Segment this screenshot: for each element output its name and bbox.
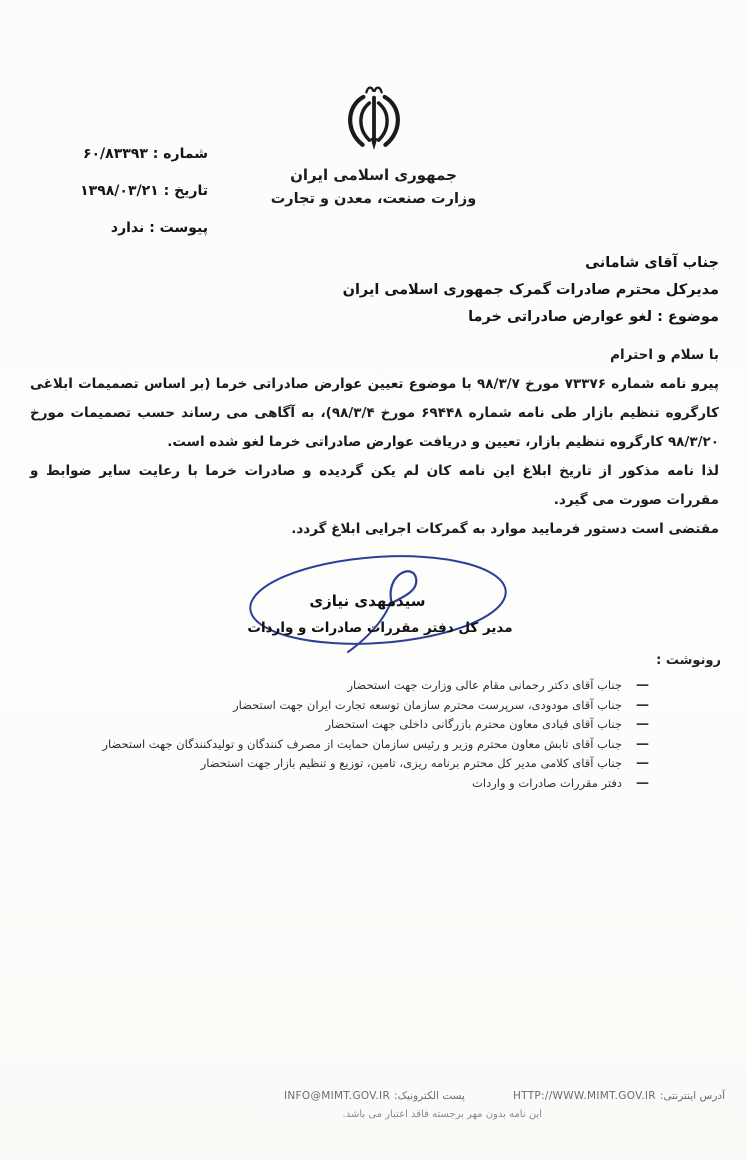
signature-block: سیدمهدی نیازی مدیر کل دفتر مقررات صادرات… [240,548,520,663]
signer-name: سیدمهدی نیازی [240,592,495,610]
cc-item: — جناب آقای کلامی مدیر کل محترم برنامه ر… [20,754,649,774]
cc-item-text: جناب آقای دکتر رحمانی مقام عالی وزارت جه… [347,676,622,696]
cc-item: — جناب آقای دکتر رحمانی مقام عالی وزارت … [20,676,649,696]
footer-web-url: HTTP://WWW.MIMT.GOV.IR [513,1090,656,1102]
body-paragraph-3: مقتضی است دستور فرمایید موارد به گمرکات … [30,515,719,544]
recipient-title: مدیرکل محترم صادرات گمرک جمهوری اسلامی ا… [28,277,719,304]
dash-icon: — [636,754,649,774]
dash-icon: — [636,676,649,696]
dash-icon: — [636,696,649,716]
letter-attachment-label: پیوست : [149,220,208,236]
cc-item: — جناب آقای قبادی معاون محترم بازرگانی د… [20,715,649,735]
dash-icon: — [636,774,649,794]
letter-number-value: ۶۰/۸۳۳۹۳ [83,146,148,162]
iran-emblem-icon [334,84,414,164]
cc-list: — جناب آقای دکتر رحمانی مقام عالی وزارت … [20,676,649,793]
letter-date: تاریخ : ۱۳۹۸/۰۳/۲۱ [52,173,208,210]
letter-subject: موضوع : لغو عوارض صادراتی خرما [28,304,719,331]
letter-attachment: پیوست : ندارد [52,210,208,247]
letter-number-label: شماره : [153,146,208,162]
salutation: با سلام و احترام [30,341,719,370]
footer-contact-line: آدرس اینترنتی: HTTP://WWW.MIMT.GOV.IR پس… [284,1090,725,1102]
letter-meta: شماره : ۶۰/۸۳۳۹۳ تاریخ : ۱۳۹۸/۰۳/۲۱ پیوس… [52,136,208,247]
cc-item-text: جناب آقای کلامی مدیر کل محترم برنامه ریز… [201,754,622,774]
cc-item: — جناب آقای تابش معاون محترم وزیر و رئیس… [20,735,649,755]
dash-icon: — [636,735,649,755]
cc-item-text: جناب آقای تابش معاون محترم وزیر و رئیس س… [102,735,622,755]
cc-item-text: دفتر مقررات صادرات و واردات [472,774,622,794]
cc-item: — جناب آقای مودودی، سرپرست محترم سازمان … [20,696,649,716]
letter-footer: آدرس اینترنتی: HTTP://WWW.MIMT.GOV.IR پس… [0,1090,747,1138]
footer-web-label: آدرس اینترنتی: [660,1090,725,1102]
footer-email: پست الکترونیک: INFO@MIMT.GOV.IR [284,1090,465,1102]
body-paragraph-1: پیرو نامه شماره ۷۳۳۷۶ مورخ ۹۸/۳/۷ با موض… [30,370,719,457]
recipient-block: جناب آقای شامانی مدیرکل محترم صادرات گمر… [28,250,719,331]
letter-number: شماره : ۶۰/۸۳۳۹۳ [52,136,208,173]
cc-item-text: جناب آقای قبادی معاون محترم بازرگانی داخ… [325,715,622,735]
official-letter-page: جمهوری اسلامی ایران وزارت صنعت، معدن و ت… [0,0,747,1160]
signer-title: مدیر کل دفتر مقررات صادرات و واردات [240,620,520,636]
letter-date-value: ۱۳۹۸/۰۳/۲۱ [80,183,159,199]
footer-email-label: پست الکترونیک: [394,1090,465,1102]
recipient-name: جناب آقای شامانی [28,250,719,277]
body-paragraph-2: لذا نامه مذکور از تاریخ ابلاغ این نامه ک… [30,457,719,515]
cc-item-text: جناب آقای مودودی، سرپرست محترم سازمان تو… [233,696,622,716]
letter-attachment-value: ندارد [111,220,144,236]
footer-email-address: INFO@MIMT.GOV.IR [284,1090,390,1102]
cc-label: رونوشت : [20,653,721,668]
dash-icon: — [636,715,649,735]
cc-item: — دفتر مقررات صادرات و واردات [20,774,649,794]
footer-web: آدرس اینترنتی: HTTP://WWW.MIMT.GOV.IR [513,1090,725,1102]
letter-date-label: تاریخ : [164,183,208,199]
cc-section: رونوشت : — جناب آقای دکتر رحمانی مقام عا… [20,653,721,793]
footer-disclaimer: این نامه بدون مهر برجسته فاقد اعتبار می … [343,1109,542,1120]
letter-body: با سلام و احترام پیرو نامه شماره ۷۳۳۷۶ م… [30,341,719,544]
